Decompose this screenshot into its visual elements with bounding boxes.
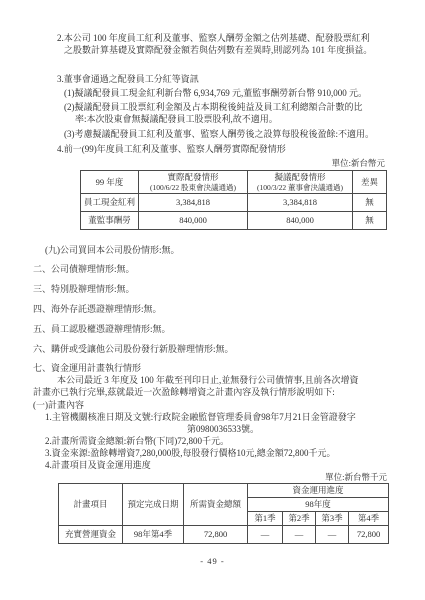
table-header-row: 計畫項目 預定完成日期 所需資金總額 資金運用進度 bbox=[59, 484, 389, 498]
header-fund-progress: 資金運用進度 bbox=[248, 484, 389, 498]
heading-plan-content: (一)計畫內容 bbox=[33, 400, 84, 412]
cell-completion-date: 98年第4季 bbox=[123, 526, 184, 544]
fund-utilization-table: 計畫項目 預定完成日期 所需資金總額 資金運用進度 98年度 第1季 第2季 第… bbox=[58, 483, 389, 544]
subitem-pro-forma-eps: (3)考慮擬議配發員工紅利及董事、監察人酬勞後之設算每股稅後盈餘:不適用。 bbox=[64, 129, 388, 141]
item-depositary-receipts: 四、海外存託憑證辦理情形:無。 bbox=[33, 304, 162, 316]
plan-item-schedule: 4.計畫項目及資金運用進度 bbox=[45, 460, 151, 472]
plan-item-approval: 1.主管機關核准日期及文號:行政院金融監督管理委員會98年7月21日金管證發字 bbox=[45, 412, 389, 424]
header-actual-subnote: (100/6/22 股東會決議通過) bbox=[140, 183, 246, 193]
header-actual: 實際配發情形 (100/6/22 股東會決議通過) bbox=[139, 171, 248, 194]
item-employee-stock-options: 五、員工認股權憑證辦理情形:無。 bbox=[33, 324, 171, 336]
cell-proposed: 840,000 bbox=[248, 212, 353, 230]
cell-q1: — bbox=[248, 526, 283, 544]
unit-label-ntd: 單位:新台幣元 bbox=[332, 158, 385, 170]
item-share-buyback: (九)公司買回本公司股份情形:無。 bbox=[45, 245, 180, 257]
header-total-funds: 所需資金總額 bbox=[184, 484, 248, 526]
table-row: 員工現金紅利 3,384,818 3,384,818 無 bbox=[81, 194, 387, 212]
cell-proposed: 3,384,818 bbox=[248, 194, 353, 212]
cell-actual: 3,384,818 bbox=[139, 194, 248, 212]
header-proposed-title: 擬議配發情形 bbox=[249, 172, 351, 183]
paragraph-line: 率:本次股東會無擬議配發員工股票股利,故不適用。 bbox=[64, 114, 388, 126]
cell-q3: — bbox=[316, 526, 349, 544]
row-label: 董監事酬勞 bbox=[81, 212, 139, 230]
item-preferred-shares: 三、特別股辦理情形:無。 bbox=[33, 284, 135, 296]
header-q1: 第1季 bbox=[248, 512, 283, 526]
row-label: 員工現金紅利 bbox=[81, 194, 139, 212]
heading-capital-utilization-plan: 七、資金運用計畫執行情形 bbox=[33, 363, 141, 375]
header-q2: 第2季 bbox=[283, 512, 316, 526]
header-q4: 第4季 bbox=[349, 512, 389, 526]
header-plan-item: 計畫項目 bbox=[59, 484, 123, 526]
cell-difference: 無 bbox=[353, 194, 387, 212]
unit-label-ntd-thousand: 單位:新台幣千元 bbox=[325, 472, 387, 484]
header-q3: 第3季 bbox=[316, 512, 349, 526]
header-completion-date: 預定完成日期 bbox=[123, 484, 184, 526]
subitem-proposed-cash-bonus: (1)擬議配發員工現金紅利新台幣 6,934,769 元,董監事酬勞新台幣 91… bbox=[64, 88, 388, 100]
heading-board-approved-bonus-info: 3.董事會通過之配發員工分紅等資訊 bbox=[57, 74, 199, 86]
paragraph-line: 本公司最近 3 年度及 100 年截至刊印日止,並無發行公司債情事,且前各次增資 bbox=[33, 375, 389, 387]
paragraph-capital-plan-summary: 本公司最近 3 年度及 100 年截至刊印日止,並無發行公司債情事,且前各次增資… bbox=[33, 375, 389, 398]
header-proposed: 擬議配發情形 (100/3/22 董事會決議通過) bbox=[248, 171, 353, 194]
paragraph-bonus-estimate-basis: 2.本公司 100 年度員工紅利及董事、監察人酬勞金額之估列基礎、配發股票紅利 … bbox=[57, 33, 389, 56]
cell-total: 72,800 bbox=[184, 526, 248, 544]
cell-actual: 840,000 bbox=[139, 212, 248, 230]
paragraph-line: 之股數計算基礎及實際配發金額若與估列數有差異時,則認列為 101 年度損益。 bbox=[57, 45, 389, 57]
item-merger-new-shares: 六、購併或受讓他公司股份發行新股辦理情形:無。 bbox=[33, 344, 234, 356]
header-year-98: 98年度 bbox=[248, 498, 389, 512]
table-row: 董監事酬勞 840,000 840,000 無 bbox=[81, 212, 387, 230]
page-number: - 49 - bbox=[0, 556, 425, 568]
item-corporate-bonds: 二、公司債辦理情形:無。 bbox=[33, 264, 135, 276]
document-page: 2.本公司 100 年度員工紅利及董事、監察人酬勞金額之估列基礎、配發股票紅利 … bbox=[0, 0, 425, 600]
table-header-row: 99 年度 實際配發情形 (100/6/22 股東會決議通過) 擬議配發情形 (… bbox=[81, 171, 387, 194]
cell-q4: 72,800 bbox=[349, 526, 389, 544]
plan-item-fund-source: 3.資金來源:盈餘轉增資7,280,000股,每股發行價格10元,總金額72,8… bbox=[45, 448, 389, 460]
plan-item-approval-number: 第0980036533號。 bbox=[187, 424, 259, 436]
header-proposed-subnote: (100/3/22 董事會決議通過) bbox=[249, 183, 351, 193]
cell-plan-item: 充實營運資金 bbox=[59, 526, 123, 544]
table-row: 充實營運資金 98年第4季 72,800 — — — 72,800 bbox=[59, 526, 389, 544]
cell-difference: 無 bbox=[353, 212, 387, 230]
header-actual-title: 實際配發情形 bbox=[140, 172, 246, 183]
paragraph-line: 計畫亦已執行完畢,茲就最近一次盈餘轉增資之計畫內容及執行情形說明如下: bbox=[33, 387, 389, 399]
prior-year-distribution-table: 99 年度 實際配發情形 (100/6/22 股東會決議通過) 擬議配發情形 (… bbox=[80, 170, 387, 230]
paragraph-line: 2.本公司 100 年度員工紅利及董事、監察人酬勞金額之估列基礎、配發股票紅利 bbox=[57, 33, 389, 45]
plan-item-total-funds: 2.計畫所需資金總額:新台幣(下同)72,800千元。 bbox=[45, 436, 389, 448]
heading-prior-year-distribution: 4.前一(99)年度員工紅利及董事、監察人酬勞實際配發情形 bbox=[57, 144, 286, 156]
cell-q2: — bbox=[283, 526, 316, 544]
subitem-stock-bonus-ratio: (2)擬議配發員工股票紅利金額及占本期稅後純益及員工紅利總額合計數的比 率:本次… bbox=[64, 102, 388, 125]
paragraph-line: (2)擬議配發員工股票紅利金額及占本期稅後純益及員工紅利總額合計數的比 bbox=[64, 102, 388, 114]
header-year: 99 年度 bbox=[81, 171, 139, 194]
header-difference: 差異 bbox=[353, 171, 387, 194]
